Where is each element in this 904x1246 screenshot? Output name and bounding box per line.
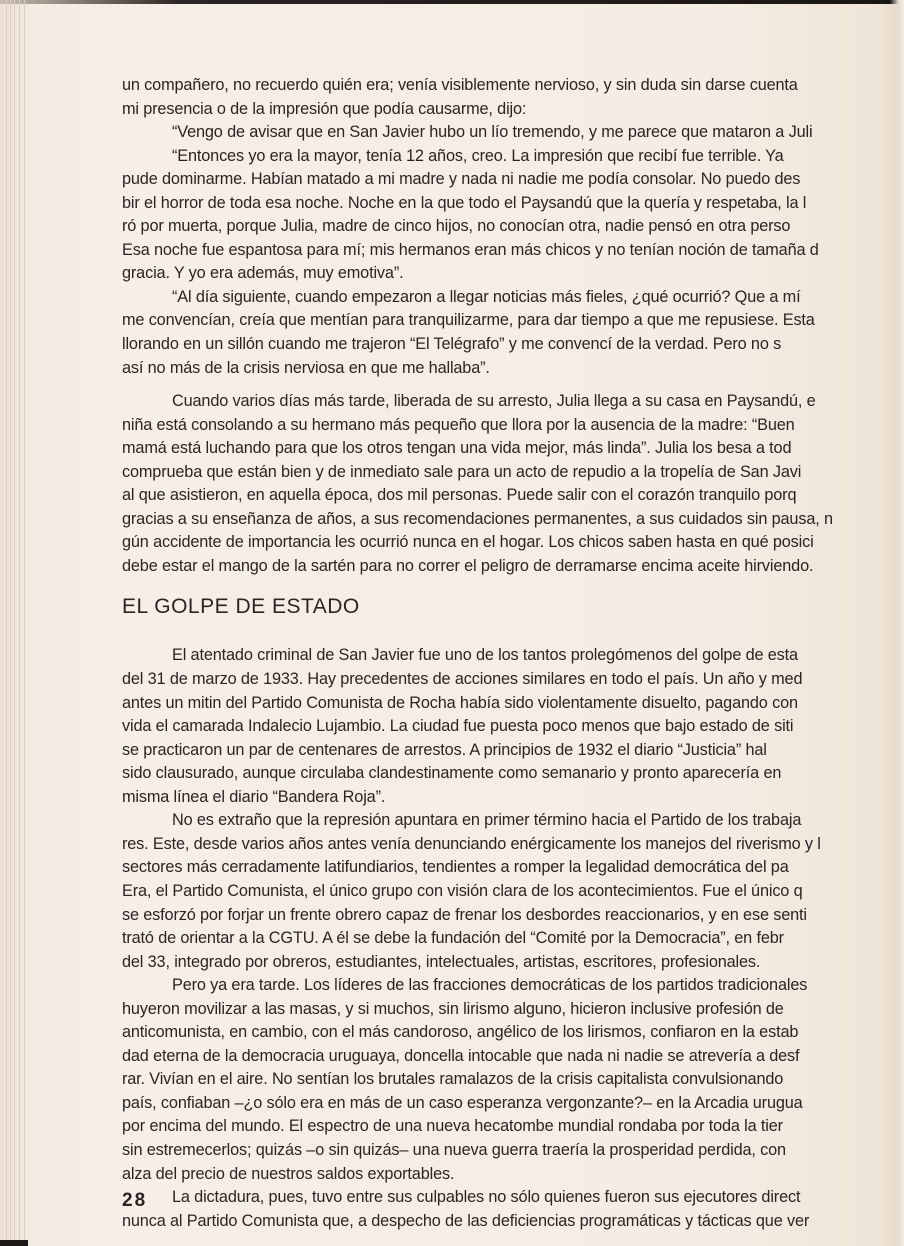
text-line: sin estremecerlos; quizás –o sin quizás–… [122, 1139, 904, 1163]
text-line: bir el horror de toda esa noche. Noche e… [122, 192, 904, 216]
text-line: se esforzó por forjar un frente obrero c… [122, 904, 904, 928]
page-stack-edge [24, 0, 25, 1246]
text-line: Cuando varios días más tarde, liberada d… [122, 390, 904, 414]
page-top-shadow [0, 0, 904, 4]
text-line: huyeron movilizar a las masas, y si much… [122, 998, 904, 1022]
text-line: llorando en un sillón cuando me trajeron… [122, 333, 904, 357]
paragraph-block-coup: El atentado criminal de San Javier fue u… [122, 644, 904, 1233]
text-line: “Entonces yo era la mayor, tenía 12 años… [122, 145, 904, 169]
text-line: mamá está luchando para que los otros te… [122, 437, 904, 461]
text-line: del 33, integrado por obreros, estudiant… [122, 951, 904, 975]
text-line: se practicaron un par de centenares de a… [122, 739, 904, 763]
text-line: sectores más cerradamente latifundiarios… [122, 856, 904, 880]
text-line: anticomunista, en cambio, con el más can… [122, 1021, 904, 1045]
page-corner-shadow [0, 1240, 28, 1246]
text-line: así no más de la crisis nerviosa en que … [122, 357, 904, 381]
paragraph-block-release: Cuando varios días más tarde, liberada d… [122, 390, 904, 578]
text-line: La dictadura, pues, tuvo entre sus culpa… [122, 1186, 904, 1210]
text-line: Pero ya era tarde. Los líderes de las fr… [122, 974, 904, 998]
text-line: dad eterna de la democracia uruguaya, do… [122, 1045, 904, 1069]
text-line: rar. Vivían en el aire. No sentían los b… [122, 1068, 904, 1092]
text-line: nunca al Partido Comunista que, a despec… [122, 1210, 904, 1234]
text-line: mi presencia o de la impresión que podía… [122, 98, 904, 122]
text-line: “Vengo de avisar que en San Javier hubo … [122, 121, 904, 145]
text-line: res. Este, desde varios años antes venía… [122, 833, 904, 857]
text-line: trató de orientar a la CGTU. A él se deb… [122, 927, 904, 951]
text-line: alza del precio de nuestros saldos expor… [122, 1163, 904, 1187]
text-line: un compañero, no recuerdo quién era; ven… [122, 74, 904, 98]
text-line: misma línea el diario “Bandera Roja”. [122, 786, 904, 810]
text-line: comprueba que están bien y de inmediato … [122, 461, 904, 485]
page-stack-edge [14, 0, 15, 1246]
text-line: por encima del mundo. El espectro de una… [122, 1115, 904, 1139]
text-line: El atentado criminal de San Javier fue u… [122, 644, 904, 668]
text-line: niña está consolando a su hermano más pe… [122, 414, 904, 438]
page-stack-edge [19, 0, 20, 1246]
page-number: 28 [122, 1190, 147, 1212]
paragraph-block-testimony: un compañero, no recuerdo quién era; ven… [122, 74, 904, 380]
text-line: me convencían, creía que mentían para tr… [122, 309, 904, 333]
text-line: gracia. Y yo era además, muy emotiva”. [122, 262, 904, 286]
page-stack-edge [6, 0, 7, 1246]
text-line: vida el camarada Indalecio Lujambio. La … [122, 715, 904, 739]
text-line: debe estar el mango de la sartén para no… [122, 555, 904, 579]
section-heading: EL GOLPE DE ESTADO [122, 594, 904, 620]
text-line: gún accidente de importancia les ocurrió… [122, 531, 904, 555]
page-stack-edge [10, 0, 11, 1246]
text-line: Esa noche fue espantosa para mí; mis her… [122, 239, 904, 263]
text-line: al que asistieron, en aquella época, dos… [122, 484, 904, 508]
text-line: sido clausurado, aunque circulaba clande… [122, 762, 904, 786]
text-line: pude dominarme. Habían matado a mi madre… [122, 168, 904, 192]
text-line: Era, el Partido Comunista, el único grup… [122, 880, 904, 904]
text-line: ró por muerta, porque Julia, madre de ci… [122, 215, 904, 239]
text-line: “Al día siguiente, cuando empezaron a ll… [122, 286, 904, 310]
text-line: del 31 de marzo de 1933. Hay precedentes… [122, 668, 904, 692]
body-text: un compañero, no recuerdo quién era; ven… [122, 74, 904, 1233]
text-line: país, confiaban –¿o sólo era en más de u… [122, 1092, 904, 1116]
text-line: antes un mitin del Partido Comunista de … [122, 692, 904, 716]
text-line: No es extraño que la represión apuntara … [122, 809, 904, 833]
text-line: gracias a su enseñanza de años, a sus re… [122, 508, 904, 532]
book-page: un compañero, no recuerdo quién era; ven… [0, 0, 904, 1246]
